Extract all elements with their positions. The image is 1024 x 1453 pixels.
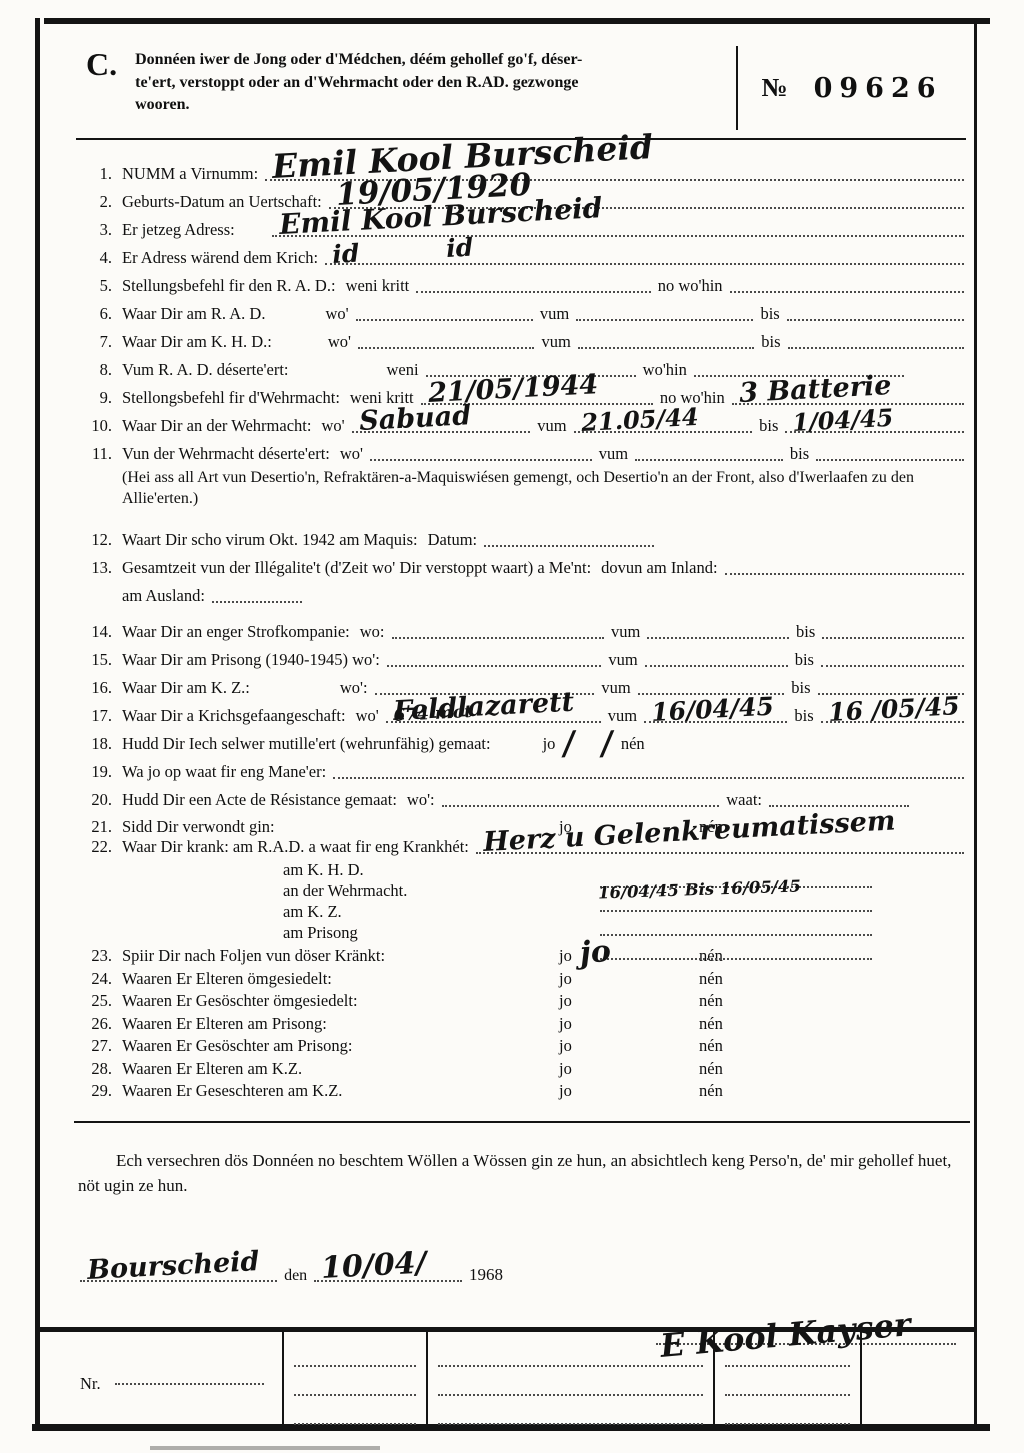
handwritten-entry: 21.05/44: [580, 405, 698, 435]
fill-line: 16/04/45: [644, 718, 787, 723]
yes-label: jo: [554, 1081, 577, 1101]
row-line: Wa jo op waat fir eng Mane'er:: [122, 762, 966, 782]
row-line: Waar Dir am K. H. D.:wo'vumbis: [122, 332, 966, 352]
row-line: Vun der Wehrmacht déserte'ert:wo'vumbis: [122, 444, 966, 464]
form-row: 24.Waaren Er Elteren ömgesiedelt:jonén: [78, 966, 966, 989]
spacer: [496, 753, 538, 754]
fill-line: Herz u Gelenkreumatissem: [476, 849, 964, 854]
yes-label: jo: [554, 969, 577, 989]
footer-cell-empty: [860, 1332, 974, 1429]
fill-dots: [725, 1396, 850, 1425]
fill-dots: [600, 936, 872, 960]
form-header: C. Donnéen iwer de Jong oder d'Médchen, …: [78, 36, 966, 134]
segment-label: Vum R. A. D. déserte'ert:: [122, 360, 294, 380]
row-number: 26.: [78, 1014, 112, 1034]
row-number: 14.: [78, 622, 112, 642]
no-label: nén: [694, 969, 728, 989]
page-border-right: [974, 22, 977, 1430]
form-row: 4.Er Adress wärend dem Krich:id id: [78, 240, 966, 268]
krank-body: Waar Dir krank: am R.A.D. a waat fir eng…: [122, 837, 966, 944]
handwritten-entry: id id: [332, 235, 474, 267]
row-line: Waar Dir am Prisong (1940-1945) wo':vumb…: [122, 650, 966, 670]
footer-cell: [426, 1332, 713, 1429]
fill-dots: [370, 456, 592, 461]
footer-cell: [282, 1332, 426, 1429]
row-number: 18.: [78, 734, 112, 754]
handwritten-entry: 3 Batterie: [738, 372, 892, 407]
fill-dots: [635, 456, 783, 461]
form-row: 6.Waar Dir am R. A. D.wo'vumbis: [78, 296, 966, 324]
spacer: [656, 549, 966, 550]
fill-dots: [294, 1396, 416, 1425]
spacer: [911, 809, 966, 810]
segment-label: wo':: [402, 790, 440, 810]
place-fill-line: Bourscheid: [80, 1277, 277, 1282]
row-line: Er Adress wärend dem Krich:id id: [122, 248, 966, 268]
fill-dots: [356, 316, 533, 321]
segment-label: Stellongsbefehl fir d'Wehrmacht:: [122, 388, 345, 408]
segment-label: vum: [603, 650, 642, 670]
form-rows: 1.NUMM a Virnumm:Emil Kool Burscheid2.Ge…: [78, 156, 966, 1101]
fill-line: 16 /05/45: [821, 718, 964, 723]
form-row: 18.Hudd Dir Iech selwer mutille'ert (weh…: [78, 726, 966, 754]
row-line: Waar Dir an der Wehrmacht:wo'Sabuadvum21…: [122, 416, 966, 436]
spacer: [240, 239, 270, 240]
row-line: Waart Dir scho virum Okt. 1942 am Maquis…: [122, 530, 966, 550]
segment-label: Datum:: [423, 530, 483, 550]
form-row: 25.Waaren Er Gesöschter ömgesiedelt:joné…: [78, 989, 966, 1012]
row-number: 12.: [78, 530, 112, 550]
krank-line1: Waar Dir krank: am R.A.D. a waat fir eng…: [122, 837, 966, 857]
question-label: Waaren Er Geseschteren am K.Z.: [122, 1081, 554, 1101]
row-number: 21.: [78, 817, 112, 837]
segment-label: wo': [320, 304, 353, 324]
fill-dots: [438, 1338, 703, 1367]
fill-dots: [115, 1380, 264, 1385]
segment-label: Waar Dir an der Wehrmacht:: [122, 416, 316, 436]
fill-line: 21.05/44: [574, 428, 753, 433]
row-line: Hudd Dir Iech selwer mutille'ert (wehrun…: [122, 722, 966, 754]
row-number: 5.: [78, 276, 112, 296]
row-number: 10.: [78, 416, 112, 436]
form-row: 20.Hudd Dir een Acte de Résistance gemaa…: [78, 782, 966, 810]
row-number: 1.: [78, 164, 112, 184]
scan-artifact: [150, 1446, 380, 1450]
handwritten-entry: 16 /05/45: [827, 693, 959, 725]
row-line: Hudd Dir een Acte de Résistance gemaat:w…: [122, 790, 966, 810]
row-number: 28.: [78, 1059, 112, 1079]
segment-label: bis: [756, 332, 785, 352]
form-row: 22.Waar Dir krank: am R.A.D. a waat fir …: [78, 837, 966, 944]
row-line: Waar Dir am R. A. D.wo'vumbis: [122, 304, 966, 324]
form-row: 13.Gesamtzeit vun der Illégalite't (d'Ze…: [78, 550, 966, 578]
form-row: 29.Waaren Er Geseschteren am K.Z.jonén: [78, 1079, 966, 1102]
segment-label: wo': [323, 332, 356, 352]
no-label: nén: [694, 1081, 728, 1101]
segment-label: vum: [594, 444, 633, 464]
form-serial-number: 09626: [814, 73, 943, 104]
row-line: Stellungsbefehl fir den R. A. D.:weni kr…: [122, 276, 966, 296]
segment-label: nén: [616, 734, 650, 754]
form-row: 15.Waar Dir am Prisong (1940-1945) wo':v…: [78, 642, 966, 670]
handwritten-mark: /: [600, 727, 614, 760]
yes-label: jo: [554, 1036, 577, 1056]
row-number: 7.: [78, 332, 112, 352]
fill-dots: [730, 288, 964, 293]
yes-label: jo: [554, 946, 577, 966]
form-row: 27.Waaren Er Gesöschter am Prisong:jonén: [78, 1034, 966, 1057]
yes-cell: jo: [554, 1059, 694, 1079]
form-row: 26.Waaren Er Elteren am Prisong:jonén: [78, 1011, 966, 1034]
row-number: 23.: [78, 946, 112, 966]
row-line: am Ausland:: [122, 586, 966, 606]
row-number: 19.: [78, 762, 112, 782]
segment-label: vum: [536, 332, 575, 352]
yes-cell: jo: [554, 969, 694, 989]
segment-label: waat:: [721, 790, 767, 810]
question-label: Waaren Er Elteren ömgesiedelt:: [122, 969, 554, 989]
segment-label: Waar Dir am K. Z.:: [122, 678, 255, 698]
no-label: nén: [694, 1059, 728, 1079]
row-number: 25.: [78, 991, 112, 1011]
fill-dots: [725, 1367, 850, 1396]
handwritten-yes-mark: jo: [579, 937, 612, 969]
header-title-line: Donnéen iwer de Jong oder d'Médchen, déé…: [135, 49, 714, 72]
fill-line: 1/04/45: [785, 428, 964, 433]
handwritten-date: 10/04/: [321, 1248, 428, 1283]
yes-cell: jo: [554, 1014, 694, 1034]
page-content: C. Donnéen iwer de Jong oder d'Médchen, …: [78, 36, 966, 1345]
date-fill-line: 10/04/: [314, 1277, 462, 1282]
fill-dots: [387, 662, 602, 667]
handwritten-entry: 16/04/45: [651, 693, 775, 724]
segment-label: bis: [755, 304, 784, 324]
header-number-box: № 09626: [738, 46, 966, 130]
segment-label: bis: [786, 678, 815, 698]
spacer: [270, 323, 320, 324]
form-note: (Hei ass all Art vun Desertio'n, Refrakt…: [122, 467, 966, 510]
form-row: 10.Waar Dir an der Wehrmacht:wo'Sabuadvu…: [78, 408, 966, 436]
fill-dots: [578, 344, 754, 349]
form-row: 14.Waar Dir an enger Strofkompanie:wo:vu…: [78, 614, 966, 642]
page-border-left: [35, 18, 40, 1430]
segment-label: Vun der Wehrmacht déserte'ert:: [122, 444, 335, 464]
segment-label: Stellungsbefehl fir den R. A. D.:: [122, 276, 341, 296]
fill-dots: [294, 1338, 416, 1367]
footer-cell: [713, 1332, 860, 1429]
segment-label: weni kritt: [341, 276, 415, 296]
segment-label: wo':: [335, 678, 373, 698]
fill-dots: [645, 662, 788, 667]
fill-dots: [333, 774, 964, 779]
spacer: [578, 753, 598, 754]
form-row: 7.Waar Dir am K. H. D.:wo'vumbis: [78, 324, 966, 352]
segment-label: Er Adress wärend dem Krich:: [122, 248, 323, 268]
segment-label: Waar Dir an enger Strofkompanie:: [122, 622, 355, 642]
spacer: [906, 379, 966, 380]
numero-sign: №: [761, 73, 787, 103]
question-label: Waaren Er Elteren am Prisong:: [122, 1014, 554, 1034]
fill-dots: [822, 634, 964, 639]
den-label: den: [279, 1267, 312, 1285]
fill-dots: [212, 598, 302, 603]
row-number: 27.: [78, 1036, 112, 1056]
yes-cell: jo: [554, 991, 694, 1011]
segment-label: vum: [532, 416, 571, 436]
header-title-line: te'ert, verstoppt oder an d'Wehrmacht od…: [135, 72, 714, 95]
segment-label: vum: [606, 622, 645, 642]
yes-cell: jo: [554, 1081, 694, 1101]
segment-label: weni: [382, 360, 424, 380]
fill-dots: [484, 542, 654, 547]
section-divider: [74, 1121, 970, 1123]
form-row: 5.Stellungsbefehl fir den R. A. D.:weni …: [78, 268, 966, 296]
segment-label: bis: [785, 444, 814, 464]
spacer: [650, 753, 966, 754]
handwritten-entry: Sabuad: [358, 402, 471, 435]
declaration-text: Ech versechren dös Donnéen no beschtem W…: [78, 1149, 966, 1198]
segment-label: bis: [754, 416, 783, 436]
spacer: [255, 697, 335, 698]
fill-dots: [438, 1367, 703, 1396]
question-label: Waaren Er Gesöschter ömgesiedelt:: [122, 991, 554, 1011]
row-number: 4.: [78, 248, 112, 268]
segment-label: NUMM a Virnumm:: [122, 164, 263, 184]
segment-label: wo'hin: [638, 360, 692, 380]
row-number: 15.: [78, 650, 112, 670]
date-line: Bourscheid den 10/04/ 1968: [78, 1233, 508, 1285]
segment-label: Waar Dir am R. A. D.: [122, 304, 270, 324]
footer-table: Nr.: [38, 1327, 974, 1429]
handwritten-sub-entry: 674 mot: [393, 704, 472, 725]
spacer: [304, 605, 966, 606]
section-letter: C.: [86, 46, 135, 130]
fill-line: Feldlazarett674 mot: [386, 718, 601, 723]
handwritten-entry: 1/04/45: [792, 406, 894, 435]
form-row: 11.Vun der Wehrmacht déserte'ert:wo'vumb…: [78, 436, 966, 464]
page-border-top: [44, 18, 990, 24]
fill-dots: [600, 912, 872, 936]
spacer: [277, 351, 323, 352]
spacer: [294, 379, 382, 380]
segment-label: Wa jo op waat fir eng Mane'er:: [122, 762, 331, 782]
segment-label: Er jetzeg Adress:: [122, 220, 240, 240]
form-row: 9.Stellongsbefehl fir d'Wehrmacht:weni k…: [78, 380, 966, 408]
segment-label: Hudd Dir Iech selwer mutille'ert (wehrun…: [122, 734, 496, 754]
segment-label: wo': [335, 444, 368, 464]
handwritten-place: Bourscheid: [87, 1248, 260, 1284]
fill-dots: [442, 802, 720, 807]
fill-dots: [816, 456, 964, 461]
fill-dots: [788, 344, 964, 349]
header-title-line: wooren.: [135, 94, 714, 117]
row-number: 8.: [78, 360, 112, 380]
fill-dots: [576, 316, 753, 321]
form-row: 28.Waaren Er Elteren am K.Z.jonén: [78, 1056, 966, 1079]
no-label: nén: [694, 1014, 728, 1034]
fill-dots: [725, 1338, 850, 1367]
yes-label: jo: [554, 1014, 577, 1034]
fill-line: Emil Kool Burscheid: [272, 232, 964, 237]
yes-label: jo: [554, 1059, 577, 1079]
segment-label: vum: [535, 304, 574, 324]
segment-label: wo': [316, 416, 349, 436]
segment-label: am Ausland:: [122, 586, 210, 606]
fill-dots: [725, 570, 964, 575]
form-row: 19.Wa jo op waat fir eng Mane'er:: [78, 754, 966, 782]
segment-label: Gesamtzeit vun der Illégalite't (d'Zeit …: [122, 558, 596, 578]
segment-label: jo: [538, 734, 561, 754]
no-label: nén: [694, 1036, 728, 1056]
row-number: 29.: [78, 1081, 112, 1101]
fill-dots: [821, 662, 964, 667]
nr-label: Nr.: [80, 1374, 101, 1394]
yes-cell: jo: [554, 1036, 694, 1056]
row-number: 17.: [78, 706, 112, 726]
fill-dots: [416, 288, 650, 293]
segment-label: Waart Dir scho virum Okt. 1942 am Maquis…: [122, 530, 423, 550]
row-line: NUMM a Virnumm:Emil Kool Burscheid: [122, 164, 966, 184]
row-line: Waar Dir an enger Strofkompanie:wo:vumbi…: [122, 622, 966, 642]
row-number: 3.: [78, 220, 112, 240]
question-label: Waar Dir krank: am R.A.D. a waat fir eng…: [122, 837, 474, 857]
segment-label: no wo'hin: [653, 276, 728, 296]
segment-label: Hudd Dir een Acte de Résistance gemaat:: [122, 790, 402, 810]
footer-cell-nr: Nr.: [38, 1332, 282, 1429]
segment-label: bis: [791, 622, 820, 642]
form-row: 3.Er jetzeg Adress:Emil Kool Burscheid: [78, 212, 966, 240]
row-number: 2.: [78, 192, 112, 212]
handwritten-mark: /: [562, 727, 576, 760]
row-line: Gesamtzeit vun der Illégalite't (d'Zeit …: [122, 558, 966, 578]
fill-dots: [787, 316, 964, 321]
segment-label: vum: [596, 678, 635, 698]
segment-label: dovun am Inland:: [596, 558, 722, 578]
year-label: 1968: [464, 1265, 508, 1285]
no-label: nén: [694, 991, 728, 1011]
yes-label: jo: [554, 991, 577, 1011]
fill-dots: [358, 344, 534, 349]
segment-label: Waar Dir am Prisong (1940-1945) wo':: [122, 650, 385, 670]
fill-dots: [438, 1396, 703, 1425]
form-row: 12.Waart Dir scho virum Okt. 1942 am Maq…: [78, 522, 966, 550]
fill-line: id id: [325, 260, 964, 265]
segment-label: bis: [790, 650, 819, 670]
row-number: 13.: [78, 558, 112, 578]
fill-line: Sabuad: [352, 428, 531, 433]
fill-dots: [294, 1367, 416, 1396]
krank-fill-lines: 16/04/45 Bis 16/05/45: [600, 864, 872, 960]
row-line: Er jetzeg Adress:Emil Kool Burscheid: [122, 220, 966, 240]
question-label: Waaren Er Elteren am K.Z.: [122, 1059, 554, 1079]
header-title: Donnéen iwer de Jong oder d'Médchen, déé…: [135, 46, 714, 130]
row-number: 24.: [78, 969, 112, 989]
row-number: 9.: [78, 388, 112, 408]
fill-dots: [647, 634, 789, 639]
row-number: 11.: [78, 444, 112, 464]
segment-label: wo:: [355, 622, 390, 642]
segment-label: Waar Dir am K. H. D.:: [122, 332, 277, 352]
row-number: 22.: [78, 837, 112, 857]
row-number: 20.: [78, 790, 112, 810]
scanned-form-page: C. Donnéen iwer de Jong oder d'Médchen, …: [0, 0, 1024, 1453]
question-label: Waaren Er Gesöschter am Prisong:: [122, 1036, 554, 1056]
fill-dots: [392, 634, 605, 639]
row-number: 6.: [78, 304, 112, 324]
question-label: Spiir Dir nach Foljen vun döser Kränkt:: [122, 946, 554, 966]
form-row: am Ausland:: [78, 578, 966, 606]
row-number: 16.: [78, 678, 112, 698]
